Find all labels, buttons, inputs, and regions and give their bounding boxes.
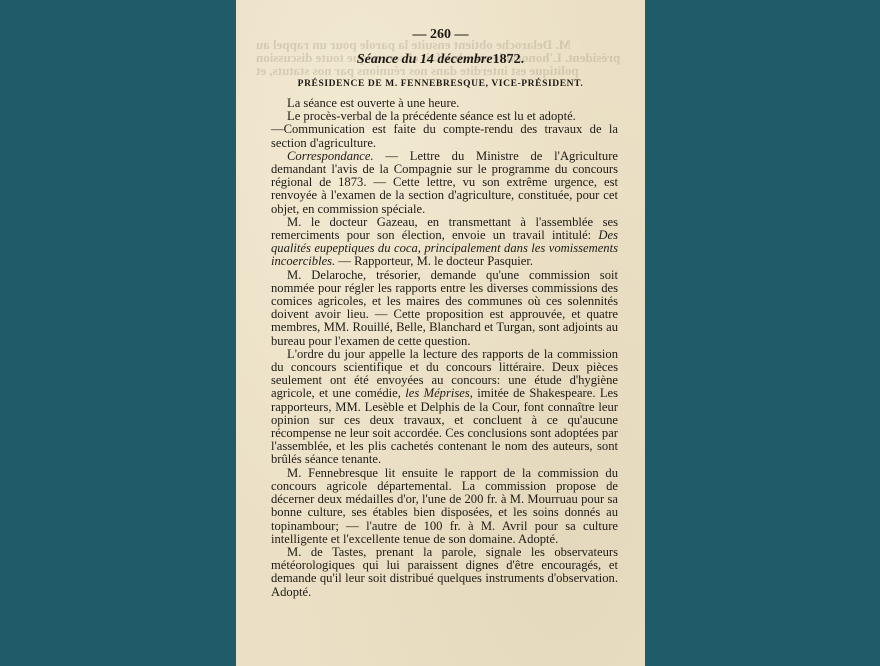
paragraph: M. de Tastes, prenant la parole, signale… (271, 546, 618, 599)
session-title: Séance du 14 décembre1872. (236, 52, 645, 68)
presidency-heading: PRÉSIDENCE DE M. FENNEBRESQUE, VICE-PRÉS… (236, 79, 645, 89)
italic-title: Des qualités eupeptiques du coca, princi… (271, 228, 618, 268)
page-number: — 260 — (236, 27, 645, 43)
session-date: Séance du 14 décembre (357, 52, 493, 67)
paragraph: Correspondance. — Lettre du Ministre de … (271, 150, 618, 216)
paragraph-lead: Correspondance. (287, 149, 374, 163)
paragraph: L'ordre du jour appelle la lecture des r… (271, 348, 618, 467)
scanned-page: M. Delaroche obtient ensuite la parole p… (236, 0, 645, 666)
paragraph: —Communication est faite du compte-rendu… (271, 123, 618, 149)
paragraph: M. le docteur Gazeau, en transmettant à … (271, 216, 618, 269)
minutes-body: La séance est ouverte à une heure.Le pro… (271, 97, 618, 599)
paragraph: M. Delaroche, trésorier, demande qu'une … (271, 269, 618, 348)
session-year: 1872. (493, 52, 525, 67)
italic-title: les Méprises (405, 386, 470, 400)
paragraph: M. Fennebresque lit ensuite le rapport d… (271, 467, 618, 546)
